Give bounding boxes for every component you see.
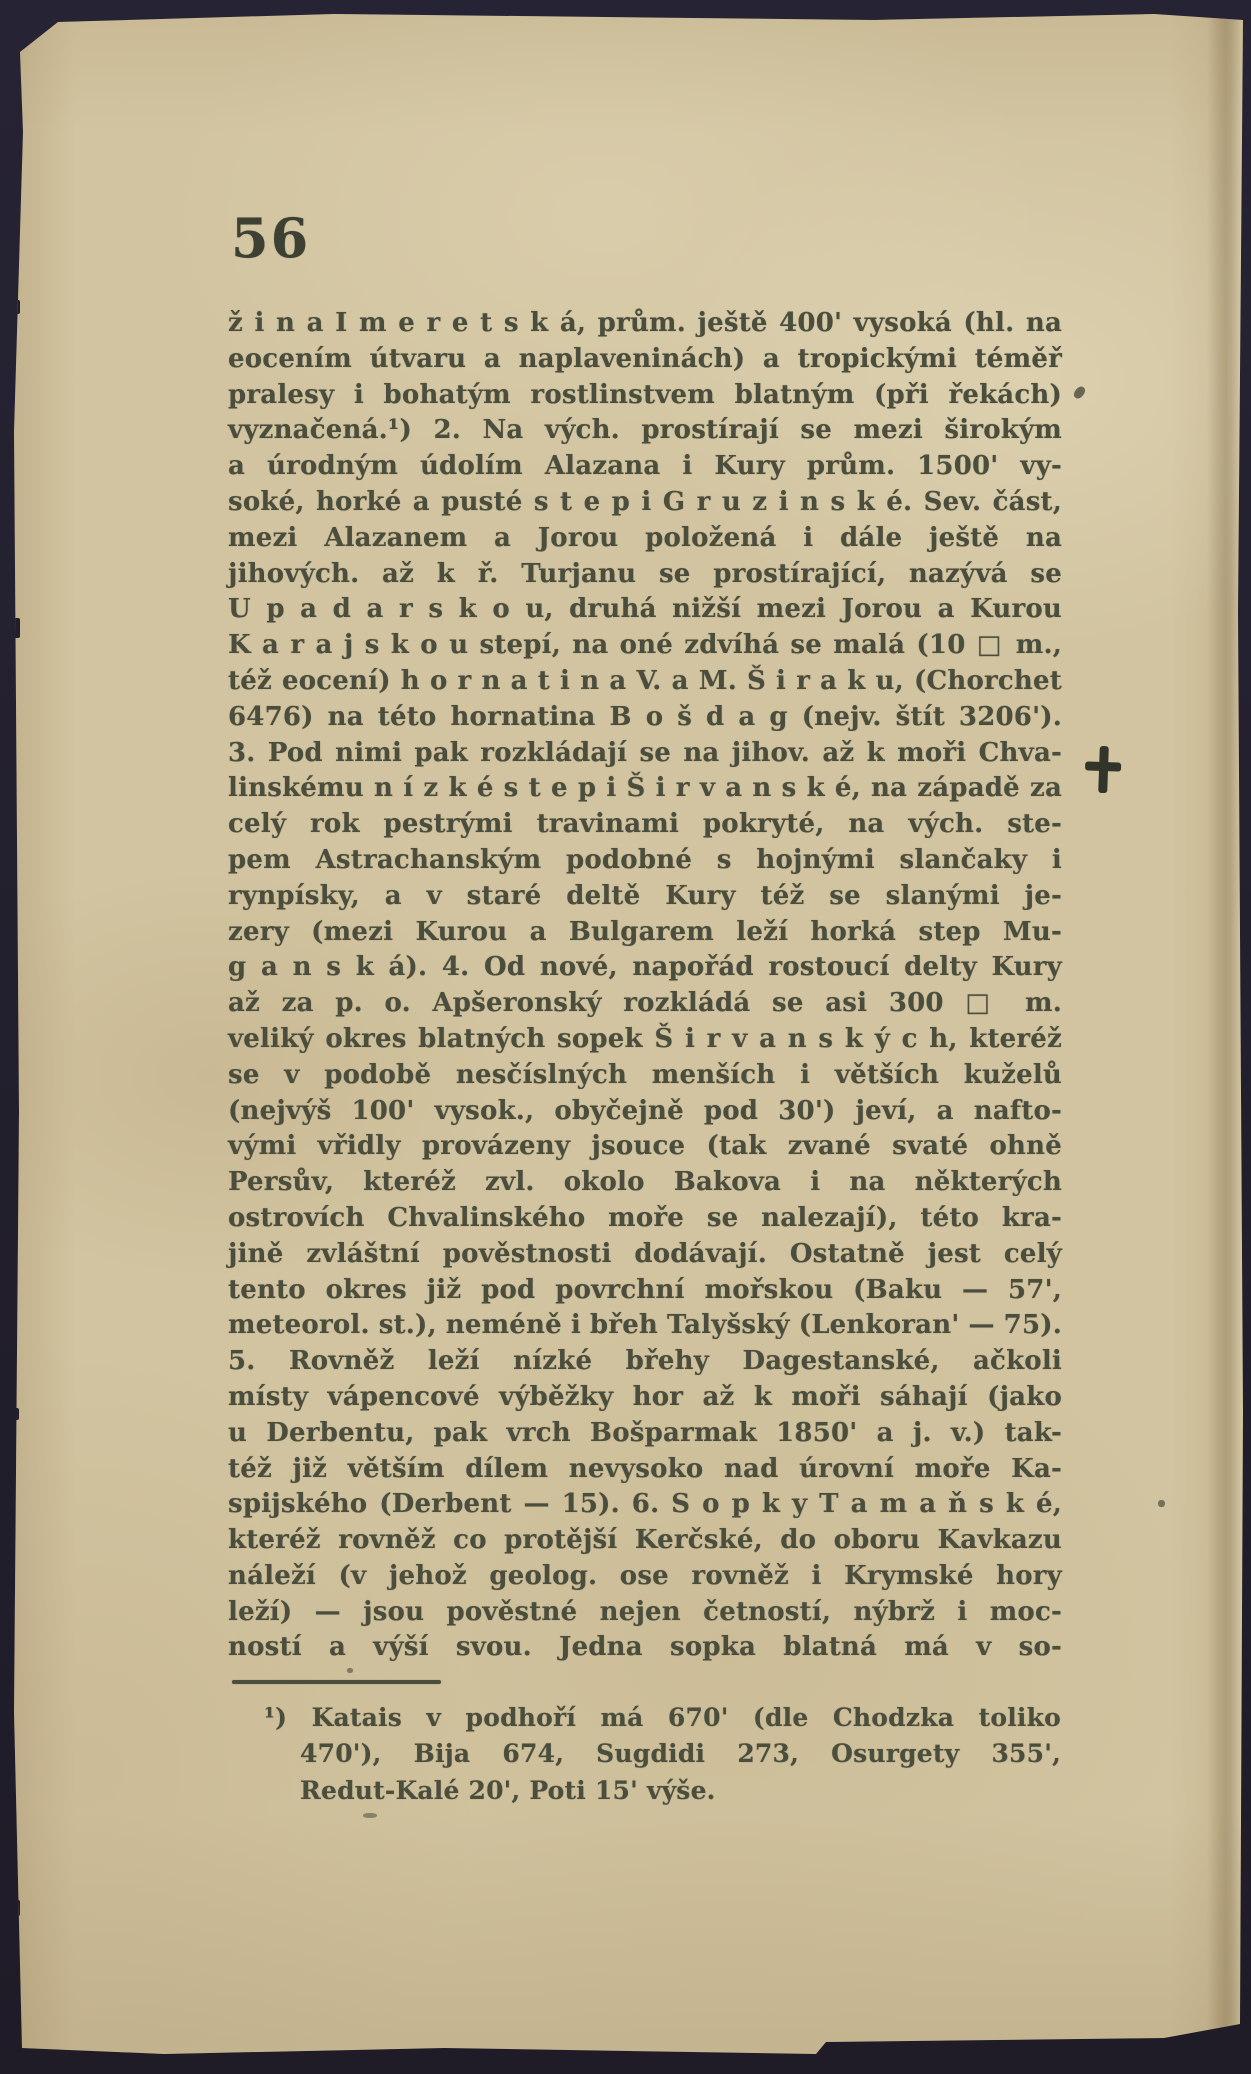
ink-speck bbox=[1158, 1500, 1165, 1507]
paper: 56 ž i n a I m e r e t s k á, prům. ješt… bbox=[14, 12, 1243, 2056]
footnote: ¹) Katais v podhoří má 670' (dle Chodzka… bbox=[264, 1700, 1061, 1809]
body-line: soké, horké a pusté s t e p i G r u z i … bbox=[228, 485, 1062, 521]
body-line: celý rok pestrými travinami pokryté, na … bbox=[228, 807, 1062, 843]
book-page-scan: 56 ž i n a I m e r e t s k á, prům. ješt… bbox=[0, 0, 1251, 2074]
ink-speck bbox=[1072, 385, 1087, 401]
body-line: 3. Pod nimi pak rozkládají se na jihov. … bbox=[228, 736, 1062, 772]
body-line: linskému n í z k é s t e p i Š i r v a n… bbox=[228, 771, 1062, 807]
body-line: a úrodným údolím Alazana i Kury prům. 15… bbox=[228, 449, 1062, 485]
body-text: ž i n a I m e r e t s k á, prům. ještě 4… bbox=[228, 306, 1062, 1666]
body-line: až za p. o. Apšeronský rozkládá se asi 3… bbox=[228, 986, 1062, 1022]
footnote-line: 470'), Bija 674, Sugdidi 273, Osurgety 3… bbox=[264, 1736, 1061, 1772]
body-line: ostrovích Chvalinského moře se nalezají)… bbox=[228, 1201, 1062, 1237]
page-crease bbox=[1207, 12, 1241, 2056]
body-line: leží) — jsou pověstné nejen četností, ný… bbox=[228, 1595, 1062, 1631]
body-line: 5. Rovněž leží nízké břehy Dagestanské, … bbox=[228, 1344, 1062, 1380]
body-line: K a r a j s k o u stepí, na oné zdvíhá s… bbox=[228, 628, 1062, 664]
scan-edge-speck bbox=[12, 1408, 19, 1420]
footnote-line: ¹) Katais v podhoří má 670' (dle Chodzka… bbox=[264, 1700, 1061, 1736]
body-line: též eocení) h o r n a t i n a V. a M. Š … bbox=[228, 664, 1062, 700]
body-line: místy vápencové výběžky hor až k moři sá… bbox=[228, 1380, 1062, 1416]
footnote-separator bbox=[232, 1680, 441, 1684]
body-line: vými vřidly provázeny jsouce (tak zvané … bbox=[228, 1129, 1062, 1165]
body-line: ž i n a I m e r e t s k á, prům. ještě 4… bbox=[228, 306, 1062, 342]
body-line: náleží (v jehož geolog. ose rovněž i Kry… bbox=[228, 1559, 1062, 1595]
body-line: Persův, kteréž zvl. okolo Bakova i na ně… bbox=[228, 1165, 1062, 1201]
page-number: 56 bbox=[231, 206, 310, 270]
body-line: jihových. až k ř. Turjanu se prostírajíc… bbox=[228, 557, 1062, 593]
body-line: pem Astrachanským podobné s hojnými slan… bbox=[228, 843, 1062, 879]
body-line: (nejvýš 100' vysok., obyčejně pod 30') j… bbox=[228, 1094, 1062, 1130]
body-line: U p a d a r s k o u, druhá nižší mezi Jo… bbox=[228, 592, 1062, 628]
body-line: ností a výší svou. Jedna sopka blatná má… bbox=[228, 1630, 1062, 1666]
body-line: též již větším dílem nevysoko nad úrovní… bbox=[228, 1452, 1062, 1488]
ink-speck bbox=[363, 1813, 377, 1818]
scan-edge-speck bbox=[11, 1900, 20, 1916]
body-line: rynpísky, a v staré deltě Kury též se sl… bbox=[228, 879, 1062, 915]
scan-edge-speck bbox=[11, 618, 20, 638]
body-line: meteorol. st.), neméně i břeh Talyšský (… bbox=[228, 1308, 1062, 1344]
body-line: kteréž rovněž co protější Kerčské, do ob… bbox=[228, 1523, 1062, 1559]
body-line: spijského (Derbent — 15). 6. S o p k y T… bbox=[228, 1487, 1062, 1523]
body-line: g a n s k á). 4. Od nové, napořád rostou… bbox=[228, 950, 1062, 986]
body-line: vyznačená.¹) 2. Na vých. prostírají se m… bbox=[228, 413, 1062, 449]
footnote-line: Redut-Kalé 20', Poti 15' výše. bbox=[264, 1773, 1061, 1809]
body-line: jině zvláštní pověstnosti dodávají. Osta… bbox=[228, 1237, 1062, 1273]
body-line: 6476) na této hornatina B o š d a g (nej… bbox=[228, 700, 1062, 736]
cross-horizontal-stroke bbox=[1085, 761, 1121, 771]
body-line: zery (mezi Kurou a Bulgarem leží horká s… bbox=[228, 915, 1062, 951]
body-line: u Derbentu, pak vrch Bošparmak 1850' a j… bbox=[228, 1416, 1062, 1452]
ink-speck bbox=[347, 1668, 353, 1673]
scan-edge-speck bbox=[12, 300, 20, 314]
body-line: pralesy i bohatým rostlinstvem blatným (… bbox=[228, 378, 1062, 414]
body-line: mezi Alazanem a Jorou položená i dále je… bbox=[228, 521, 1062, 557]
body-line: veliký okres blatných sopek Š i r v a n … bbox=[228, 1022, 1062, 1058]
body-line: eocením útvaru a naplaveninách) a tropic… bbox=[228, 342, 1062, 378]
body-line: tento okres již pod povrchní mořskou (Ba… bbox=[228, 1273, 1062, 1309]
margin-cross-mark bbox=[1084, 745, 1122, 794]
body-line: se v podobě nesčíslných menších i většíc… bbox=[228, 1058, 1062, 1094]
